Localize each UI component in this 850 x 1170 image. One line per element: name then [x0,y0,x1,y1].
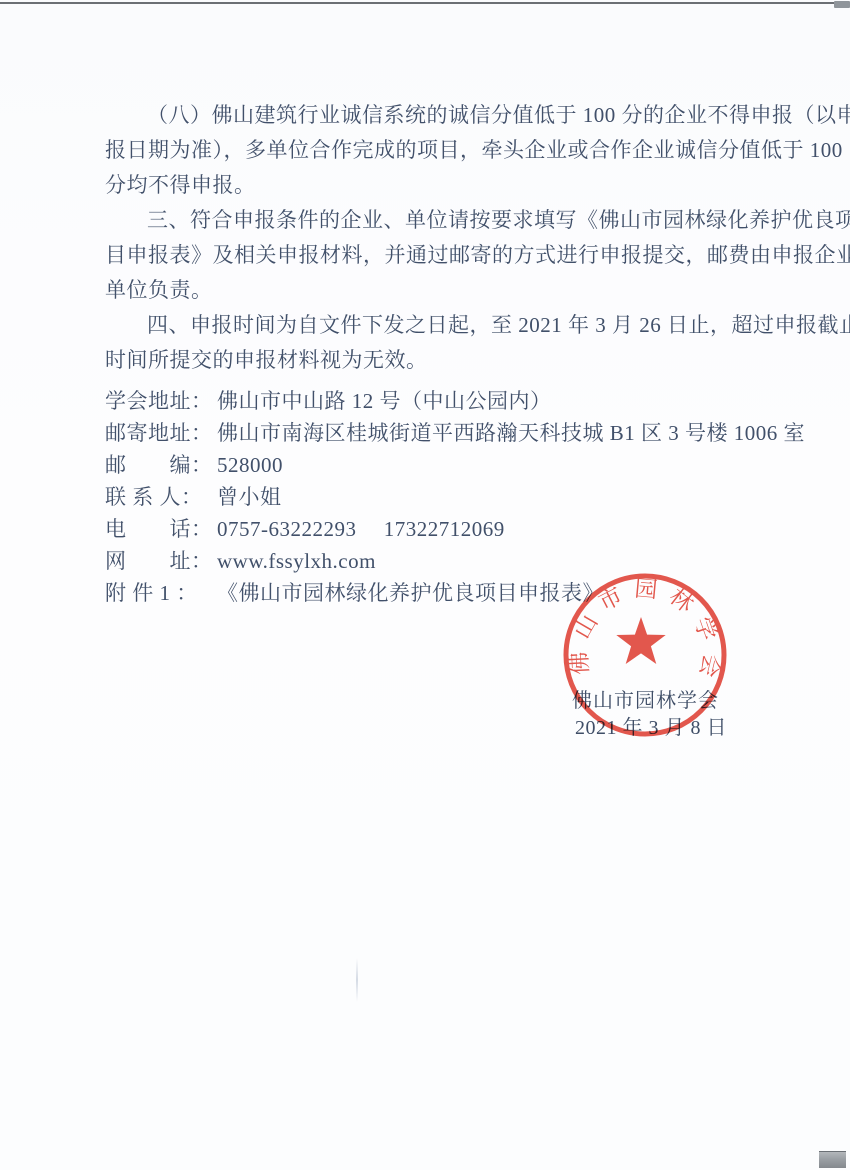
scan-edge-line [0,2,850,4]
paragraph-line: 报日期为准），多单位合作完成的项目，牵头企业或合作企业诚信分值低于 100 [105,133,760,168]
paragraph-line: （八）佛山建筑行业诚信系统的诚信分值低于 100 分的企业不得申报（以申 [105,98,760,133]
contact-label: 附 件 1 ： [105,577,217,609]
scan-corner-artifact [819,1151,846,1168]
paragraph-line: 分均不得申报。 [105,168,760,203]
contact-value: 528000 [217,453,283,477]
document-body: （八）佛山建筑行业诚信系统的诚信分值低于 100 分的企业不得申报（以申 报日期… [105,98,760,378]
contact-value: 0757-63222293 17322712069 [217,517,505,541]
contact-label: 邮 编： [105,449,217,481]
official-seal: 佛山市园林学会 [505,515,785,795]
contact-label: 网 址： [105,545,217,577]
contact-label: 邮寄地址： [105,417,217,449]
contact-label: 学会地址： [105,385,217,417]
paragraph-line: 三、符合申报条件的企业、单位请按要求填写《佛山市园林绿化养护优良项 [105,203,760,238]
contact-value: 曾小姐 [217,485,282,509]
paper-crease [356,958,358,1002]
contact-row-mailing-address: 邮寄地址：佛山市南海区桂城街道平西路瀚天科技城 B1 区 3 号楼 1006 室 [105,417,760,449]
scan-edge-artifact [834,1,850,8]
paragraph-line: 单位负责。 [105,273,760,308]
star-icon [616,617,665,664]
paragraph-line: 四、申报时间为自文件下发之日起，至 2021 年 3 月 26 日止，超过申报截… [105,308,760,343]
paragraph-line: 目申报表》及相关申报材料，并通过邮寄的方式进行申报提交，邮费由申报企业、 [105,238,760,273]
contact-value: 佛山市南海区桂城街道平西路瀚天科技城 B1 区 3 号楼 1006 室 [217,421,805,445]
contact-row-postcode: 邮 编：528000 [105,449,760,481]
contact-value: www.fssylxh.com [217,549,376,573]
scanned-document-page: （八）佛山建筑行业诚信系统的诚信分值低于 100 分的企业不得申报（以申 报日期… [0,0,850,1170]
contact-row-address: 学会地址：佛山市中山路 12 号（中山公园内） [105,385,760,417]
contact-row-contact-person: 联 系 人：曾小姐 [105,481,760,513]
paragraph-line: 时间所提交的申报材料视为无效。 [105,343,760,378]
contact-label: 电 话： [105,513,217,545]
contact-value: 佛山市中山路 12 号（中山公园内） [217,389,552,413]
contact-label: 联 系 人： [105,481,217,513]
